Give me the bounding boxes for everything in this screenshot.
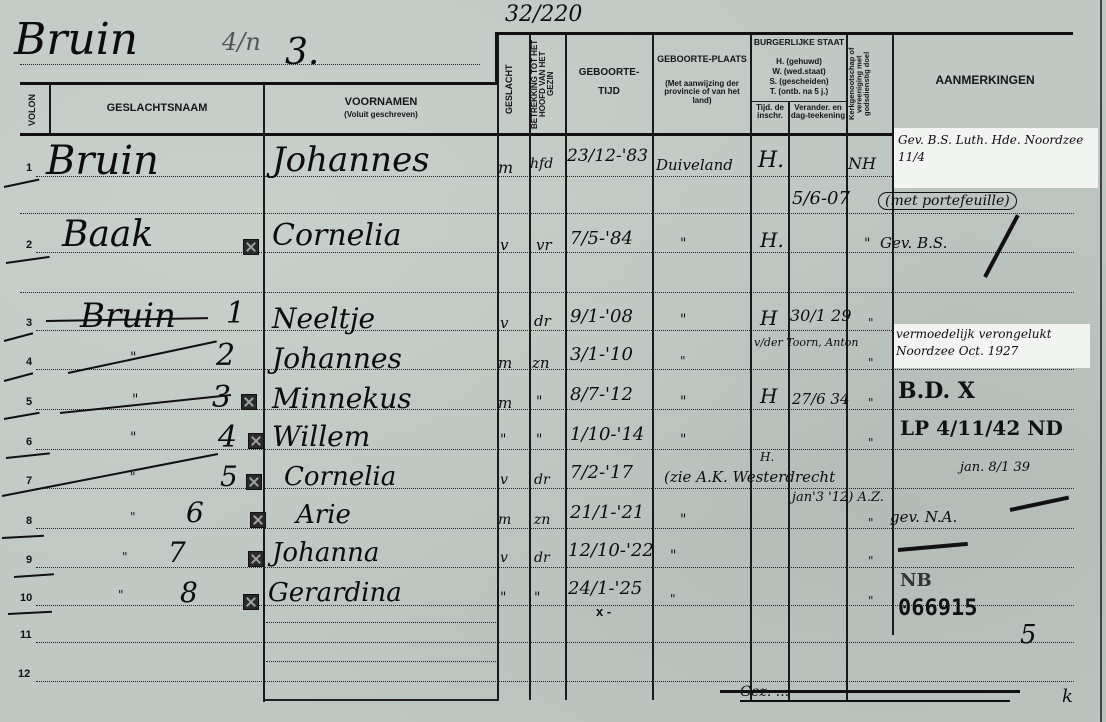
birthplace-cell: " — [670, 548, 676, 564]
civil-change-cell: 30/1 29 — [790, 306, 851, 325]
church-cell: " — [868, 356, 874, 370]
birthplace-cell: " — [670, 592, 676, 606]
row-number: 6 — [26, 436, 32, 448]
birthplace-cell: " — [680, 354, 686, 368]
church-cell: " — [868, 554, 874, 568]
civil-status-cell: H. — [758, 148, 784, 173]
church-cell: " — [868, 436, 874, 450]
row-line-5 — [36, 409, 1074, 410]
col-divider-bs-verander — [788, 102, 790, 700]
church-cell: " — [864, 236, 870, 252]
order-cell: 6 — [186, 496, 204, 529]
birthdate-cell: 21/1-'21 — [570, 502, 644, 523]
surname-cell: " — [132, 392, 138, 408]
col-divider-betrekking — [529, 35, 531, 700]
col-divider-volgnr — [49, 85, 51, 133]
sex-cell: m — [498, 394, 512, 412]
birthplace-cell: (zie A.K. Westerdrecht — [664, 468, 835, 486]
row-line-6 — [36, 449, 1074, 450]
given-name-cell: Minnekus — [272, 382, 412, 415]
civil-status-cell: H — [760, 306, 777, 330]
remark-strike — [1010, 496, 1070, 512]
col-header-geslacht: GESLACHT — [505, 50, 519, 128]
surname-cell: Bruin — [80, 296, 176, 336]
birthdate-cell: 7/2-'17 — [570, 462, 633, 483]
header-rule-left — [20, 82, 498, 85]
civil-status-cell: H. — [760, 450, 774, 464]
col-divider-voornamen — [263, 85, 265, 702]
row-number: 3 — [26, 317, 32, 329]
civil-change-cell: 5/6-07 — [792, 188, 850, 209]
sex-cell: m — [498, 354, 512, 372]
given-name-cell: Johannes — [272, 342, 402, 375]
birthplace-cell: " — [680, 236, 686, 252]
row-number: 2 — [26, 239, 32, 251]
row-number: 11 — [20, 629, 32, 641]
col-header-volgnr: VOLON — [28, 90, 42, 130]
header-dotted-line — [20, 64, 480, 65]
relation-cell: " — [536, 394, 542, 410]
birthplace-cell: Duiveland — [656, 156, 733, 174]
birthdate-cell: 7/5-'84 — [570, 228, 633, 249]
row-number: 9 — [26, 554, 32, 566]
row-number: 7 — [26, 475, 32, 487]
remarks-stamp: B.D. X — [898, 378, 975, 404]
church-cell: " — [868, 396, 874, 410]
remarks-cell: vermoedelijk verongelukt Noordzee Oct. 1… — [896, 326, 1090, 361]
col-divider-kerk — [846, 35, 848, 700]
checkbox-marked[interactable] — [248, 551, 264, 567]
remark-strike — [983, 214, 1019, 278]
bs-s: S. (gescheiden) — [752, 78, 846, 86]
birthplace-cell: " — [680, 394, 686, 410]
sex-cell: v — [500, 236, 508, 254]
col-header-geboortetijd-1: GEBOORTE- — [567, 68, 651, 79]
signature-strike-2 — [740, 700, 1010, 702]
signature-strike — [720, 690, 1020, 693]
surname-cell: Baak — [62, 214, 153, 255]
sex-cell: v — [500, 550, 508, 566]
remarks-cell: jan. 8/1 39 — [960, 460, 1030, 475]
relation-cell: zn — [534, 512, 550, 528]
checkbox-marked[interactable] — [250, 512, 266, 528]
col-header-geboorteplaats-sub: (Met aanwijzing der provincie of van het… — [656, 80, 748, 105]
order-cell: 1 — [226, 296, 245, 331]
given-name-cell: Cornelia — [272, 218, 402, 253]
col-header-betrekking: BETREKKING TOT HET HOOFD VAN HET GEZIN — [531, 38, 563, 130]
census-card: Bruin 4/n 3. 32/220 VOLON GESLACHTSNAAM … — [0, 0, 1106, 722]
row-line-4 — [36, 369, 1074, 370]
given-name-cell: Willem — [272, 420, 370, 453]
header-surname: Bruin — [14, 14, 138, 65]
checkbox-marked[interactable] — [243, 594, 259, 610]
birthplace-cell: " — [680, 432, 686, 448]
row-line-9 — [36, 567, 1074, 568]
remarks-cell-2: (met portefeuille) — [878, 192, 1017, 210]
surname-strike — [60, 394, 231, 414]
col-header-voornamen-sub: (Voluit geschreven) — [266, 111, 496, 119]
bs-verander: Verander. en dag-teekening — [790, 104, 846, 121]
surname-cell: Bruin — [46, 138, 159, 184]
surname-cell: " — [130, 510, 136, 524]
col-divider-bs — [750, 35, 752, 700]
birthdate-cell: 1/10-'14 — [570, 424, 644, 445]
church-cell: " — [868, 316, 874, 330]
surname-cell: " — [130, 430, 136, 446]
civil-status-cell: H — [760, 384, 777, 408]
relation-cell: dr — [534, 550, 550, 566]
order-cell: 8 — [180, 576, 198, 609]
relation-cell: vr — [536, 236, 552, 254]
voornamen-bottom — [263, 699, 499, 701]
remarks-cell: gev. N.A. — [890, 508, 957, 526]
bs-t: T. (ontb. na 5 j.) — [752, 88, 846, 96]
stamp-number: 066915 — [898, 596, 977, 621]
checkbox-marked[interactable] — [248, 433, 264, 449]
birthdate-cell: 8/7-'12 — [570, 384, 633, 405]
row-subline-2 — [20, 292, 1074, 293]
birthplace-cell: " — [680, 312, 686, 328]
row-subline-1 — [20, 213, 1074, 214]
birthdate-cell: 24/1-'25 — [568, 578, 642, 599]
row-number: 5 — [26, 396, 32, 408]
given-name-cell: Johanna — [272, 538, 379, 568]
sex-cell: m — [498, 512, 511, 528]
margin-mark-k: k — [1062, 686, 1073, 707]
order-cell: 2 — [216, 338, 235, 373]
header-mark: 3. — [285, 32, 319, 73]
checkbox-marked[interactable] — [243, 239, 259, 255]
col-header-geboorteplaats: GEBOORTE-PLAATS — [656, 55, 748, 64]
civil-change-cell: 27/6 34 — [792, 390, 850, 408]
birthdate-cell: 23/12-'83 — [567, 146, 648, 166]
header-annotation: 4/n — [222, 28, 261, 56]
col-header-kerkgenootschap: Kerkgenootschap of vereeniging met godsd… — [848, 38, 890, 130]
row-number: 4 — [26, 356, 32, 368]
margin-tick — [4, 179, 40, 188]
row-line-12 — [36, 681, 1074, 682]
civil-status-cell: H. — [760, 228, 784, 252]
margin-tick — [4, 372, 33, 382]
bs-subdivider — [752, 101, 846, 102]
sex-cell: " — [500, 432, 506, 448]
row-number: 10 — [20, 592, 32, 604]
col-header-geboortetijd-2: TIJD — [567, 87, 651, 98]
margin-tick — [4, 412, 40, 420]
sex-cell: v — [500, 314, 508, 332]
given-name-cell: Cornelia — [284, 462, 396, 492]
margin-tick — [6, 256, 50, 264]
col-header-voornamen: VOORNAMEN — [266, 97, 496, 109]
voornamen-subline-12 — [266, 661, 496, 662]
order-cell: 7 — [168, 536, 186, 569]
sex-cell: m — [498, 158, 513, 177]
row-line-11 — [36, 642, 1074, 643]
margin-tick — [6, 452, 50, 459]
remarks-stamp-nb: NB — [900, 570, 932, 591]
church-cell: NH — [848, 154, 876, 173]
given-name-cell: Arie — [296, 500, 351, 530]
sex-cell: v — [500, 472, 508, 488]
birthdate-mark: x - — [596, 604, 611, 619]
checkbox-marked[interactable] — [246, 474, 262, 490]
col-header-geslachtsnaam: GESLACHTSNAAM — [52, 103, 262, 115]
col-divider-geboorteplaats — [652, 35, 654, 700]
row-number: 8 — [26, 515, 32, 527]
col-header-burgerlijke-staat: BURGERLIJKE STAAT — [752, 38, 846, 47]
card-edge — [1100, 0, 1102, 722]
surname-cell: " — [130, 470, 136, 484]
margin-tick — [4, 332, 33, 342]
birthdate-cell: 9/1-'08 — [570, 306, 633, 327]
surname-cell: " — [118, 588, 124, 602]
relation-cell: dr — [534, 312, 551, 330]
row-number: 12 — [18, 668, 30, 680]
given-name-cell: Neeltje — [272, 302, 375, 335]
remark-strike — [898, 542, 968, 552]
col-divider-geboortetijd — [565, 35, 567, 700]
bs-tijd: Tijd. de inschr. — [752, 104, 788, 121]
row-number: 1 — [26, 162, 32, 174]
birthdate-cell: 12/10-'22 — [568, 540, 654, 561]
civil-change-cell: jan'3 '12) A.Z. — [792, 490, 884, 505]
margin-mark-5: 5 — [1020, 620, 1037, 650]
card-number: 32/220 — [505, 2, 582, 27]
birthdate-cell: 3/1-'10 — [570, 344, 633, 365]
col-header-aanmerkingen: AANMERKINGEN — [895, 74, 1075, 87]
margin-tick — [8, 611, 52, 615]
remarks-cell: Gev. B.S. Luth. Hde. Noordzee 11/4 — [898, 132, 1094, 167]
relation-cell: " — [534, 590, 540, 606]
row-line-2 — [36, 252, 1074, 253]
remarks-stamp: LP 4/11/42 ND — [900, 416, 1063, 440]
church-cell: " — [868, 516, 874, 530]
checkbox-marked[interactable] — [241, 394, 257, 410]
church-cell: " — [868, 594, 874, 608]
margin-tick — [2, 535, 44, 539]
civil-status-cell: v/der Toorn, Anton — [754, 336, 858, 349]
margin-tick — [2, 453, 218, 497]
given-name-cell: Johannes — [272, 140, 430, 180]
order-cell: 3 — [212, 380, 231, 415]
surname-cell: " — [130, 350, 136, 366]
relation-cell: dr — [534, 472, 550, 488]
remarks-cell: Gev. B.S. — [880, 234, 947, 252]
birthplace-cell: " — [680, 512, 686, 528]
order-cell: 4 — [218, 420, 237, 455]
relation-cell: " — [536, 432, 542, 448]
bs-h: H. (gehuwd) — [752, 58, 846, 66]
order-cell: 5 — [220, 460, 238, 493]
given-name-cell: Gerardina — [268, 578, 402, 608]
header-rule-right — [495, 32, 1073, 35]
sex-cell: " — [500, 590, 506, 606]
relation-cell: zn — [532, 354, 550, 372]
surname-cell: " — [122, 550, 128, 564]
row-line-7 — [36, 488, 1074, 489]
bs-w: W. (wed.staat) — [752, 68, 846, 76]
voornamen-subline-11 — [266, 622, 496, 623]
margin-tick — [14, 573, 54, 578]
relation-cell: hfd — [530, 156, 553, 172]
